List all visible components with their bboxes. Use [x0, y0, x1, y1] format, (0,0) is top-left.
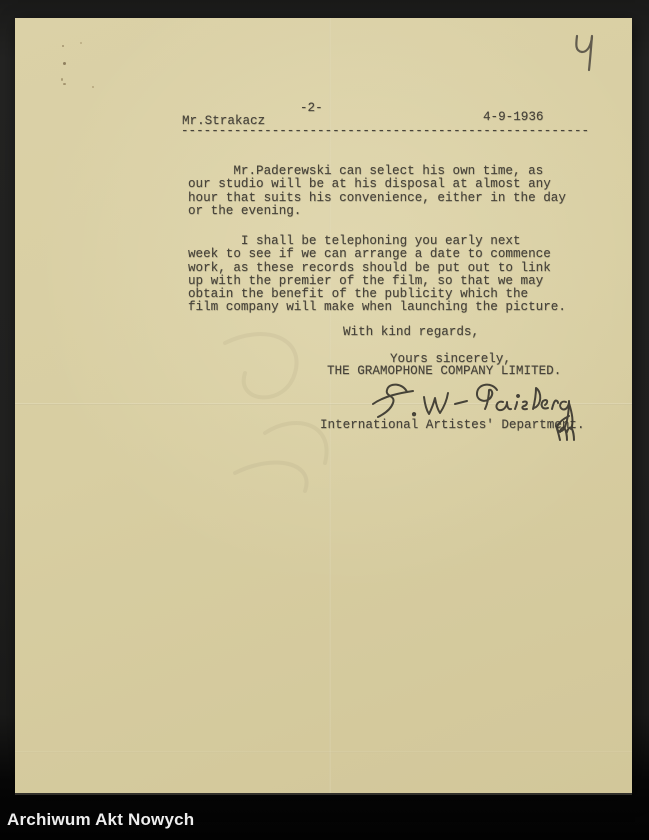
closing-regards: With kind regards,: [343, 326, 479, 339]
closing-company-name: THE GRAMOPHONE COMPANY LIMITED.: [327, 365, 561, 378]
body-paragraph-1: Mr.Paderewski can select his own time, a…: [188, 165, 566, 218]
horizontal-fold-crease-faint: [15, 751, 632, 753]
scan-background: 4 -2- Mr.Strakacz 4-9-1936 -------------…: [0, 0, 649, 840]
handwritten-signature: [370, 380, 575, 452]
letter-page: 4 -2- Mr.Strakacz 4-9-1936 -------------…: [15, 18, 632, 793]
header-divider: ----------------------------------------…: [181, 125, 589, 138]
handwritten-corner-mark: [573, 32, 595, 74]
page-number: -2-: [300, 102, 323, 115]
bleed-through-ghost-marks: [205, 313, 375, 503]
paper-speck: [92, 86, 94, 88]
letter-date: 4-9-1936: [483, 111, 543, 124]
paper-speck: [61, 78, 63, 81]
paper-speck: [80, 42, 82, 44]
paper-speck: [63, 83, 66, 85]
paper-speck: [63, 62, 66, 65]
archive-watermark: Archiwum Akt Nowych: [7, 810, 194, 830]
paper-speck: [62, 45, 64, 47]
body-paragraph-2: I shall be telephoning you early next we…: [188, 235, 566, 315]
